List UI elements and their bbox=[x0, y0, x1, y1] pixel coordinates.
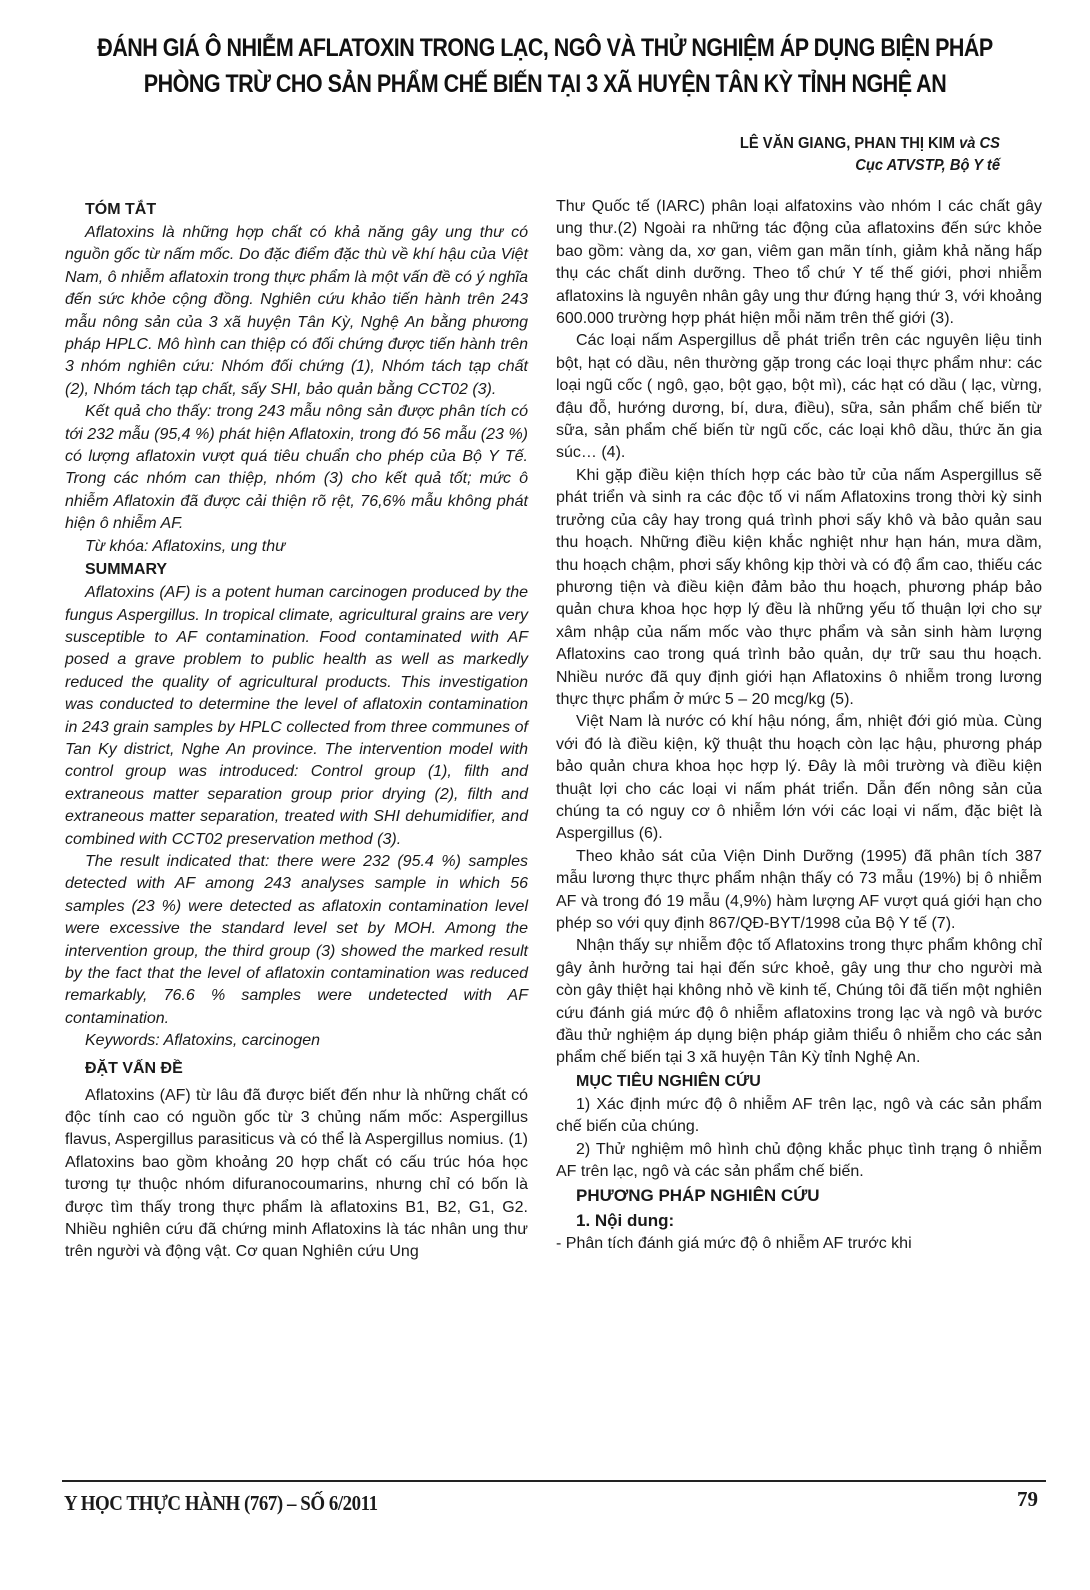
page-number: 79 bbox=[1017, 1487, 1038, 1512]
author-list: LÊ VĂN GIANG, PHAN THỊ KIM bbox=[740, 135, 955, 152]
introduction-paragraph-5: Theo khảo sát của Viện Dinh Dưỡng (1995)… bbox=[556, 846, 1042, 936]
introduction-heading: ĐẶT VẤN ĐỀ bbox=[65, 1057, 528, 1081]
abstract-vi-heading: TÓM TẮT bbox=[65, 198, 528, 222]
introduction-paragraph-6: Nhận thấy sự nhiễm độc tố Aflatoxins tro… bbox=[556, 935, 1042, 1069]
author-affiliation: Cục ATVSTP, Bộ Y tế bbox=[595, 155, 1000, 177]
objective-2: 2) Thử nghiệm mô hình chủ động khắc phục… bbox=[556, 1139, 1042, 1184]
summary-heading: SUMMARY bbox=[65, 558, 528, 582]
journal-citation: Y HỌC THỰC HÀNH (767) – SỐ 6/2011 bbox=[64, 1491, 378, 1516]
keywords-vi: Từ khóa: Aflatoxins, ung thư bbox=[65, 536, 528, 558]
abstract-vi-paragraph-2: Kết quả cho thấy: trong 243 mẫu nông sản… bbox=[65, 401, 528, 535]
footer-divider bbox=[62, 1480, 1046, 1482]
objectives-heading: MỤC TIÊU NGHIÊN CỨU bbox=[556, 1070, 1042, 1094]
title-line-2: PHÒNG TRỪ CHO SẢN PHẨM CHẾ BIẾN TẠI 3 XÃ… bbox=[76, 66, 1013, 102]
author-block: LÊ VĂN GIANG, PHAN THỊ KIM và CS Cục ATV… bbox=[595, 133, 1000, 177]
objective-1: 1) Xác định mức độ ô nhiễm AF trên lạc, … bbox=[556, 1094, 1042, 1139]
left-column: TÓM TẮT Aflatoxins là những hợp chất có … bbox=[65, 198, 528, 1264]
introduction-paragraph-4: Việt Nam là nước có khí hậu nóng, ẩm, nh… bbox=[556, 711, 1042, 845]
keywords-en: Keywords: Aflatoxins, carcinogen bbox=[65, 1030, 528, 1052]
introduction-paragraph-1: Aflatoxins (AF) từ lâu đã được biết đến … bbox=[65, 1085, 528, 1264]
author-suffix: và CS bbox=[955, 135, 1000, 152]
author-names: LÊ VĂN GIANG, PHAN THỊ KIM và CS bbox=[595, 133, 1000, 155]
introduction-paragraph-2: Các loại nấm Aspergillus dễ phát triển t… bbox=[556, 330, 1042, 464]
summary-paragraph-1: Aflatoxins (AF) is a potent human carcin… bbox=[65, 582, 528, 851]
article-title: ĐÁNH GIÁ Ô NHIỄM AFLATOXIN TRONG LẠC, NG… bbox=[76, 30, 1013, 102]
methods-subheading-content: 1. Nội dung: bbox=[556, 1208, 1042, 1233]
journal-page: ĐÁNH GIÁ Ô NHIỄM AFLATOXIN TRONG LẠC, NG… bbox=[0, 0, 1090, 1590]
introduction-paragraph-3: Khi gặp điều kiện thích hợp các bào tử c… bbox=[556, 465, 1042, 711]
abstract-vi-paragraph-1: Aflatoxins là những hợp chất có khả năng… bbox=[65, 222, 528, 401]
title-line-1: ĐÁNH GIÁ Ô NHIỄM AFLATOXIN TRONG LẠC, NG… bbox=[76, 30, 1013, 66]
introduction-paragraph-1-continued: Thư Quốc tế (IARC) phân loại alfatoxins … bbox=[556, 196, 1042, 330]
methods-item-1: - Phân tích đánh giá mức độ ô nhiễm AF t… bbox=[556, 1233, 1042, 1255]
summary-paragraph-2: The result indicated that: there were 23… bbox=[65, 851, 528, 1030]
methods-heading: PHƯƠNG PHÁP NGHIÊN CỨU bbox=[556, 1183, 1042, 1208]
right-column: Thư Quốc tế (IARC) phân loại alfatoxins … bbox=[556, 196, 1042, 1256]
